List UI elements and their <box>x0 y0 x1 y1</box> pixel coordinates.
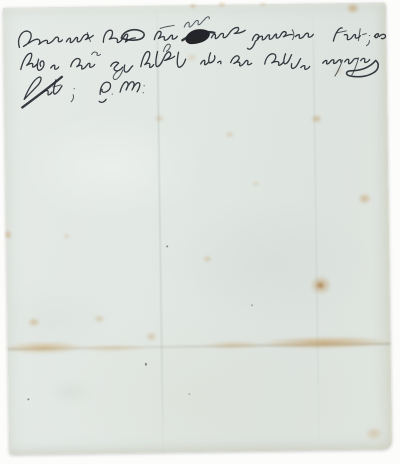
pen-stroke <box>257 31 292 39</box>
foxing-stain <box>27 317 40 327</box>
ink-speck <box>145 363 147 366</box>
foxing-stain <box>145 332 157 342</box>
pen-stroke <box>111 62 133 72</box>
pen-stroke <box>156 51 175 66</box>
pen-stroke <box>345 58 358 63</box>
foxing-stain <box>202 255 212 263</box>
pen-stroke <box>201 53 221 65</box>
scanned-photo <box>0 0 400 464</box>
pen-stroke <box>265 53 310 70</box>
pen-stroke <box>358 29 366 41</box>
foxing-stain <box>251 180 260 187</box>
foxing-stain <box>365 426 383 440</box>
foxing-stain <box>93 314 105 323</box>
pen-stroke <box>120 82 140 92</box>
pen-stroke <box>141 52 154 68</box>
ink-speck <box>251 304 253 306</box>
pen-stroke <box>42 80 62 95</box>
pen-stroke <box>374 34 385 39</box>
pen-stroke <box>344 34 360 39</box>
pen-stroke <box>163 44 170 51</box>
fold-stain <box>78 344 148 353</box>
pen-stroke <box>333 28 342 41</box>
ink-blot-strikethrough <box>182 29 214 43</box>
pen-stroke <box>143 86 144 93</box>
manuscript-paper <box>3 2 392 454</box>
pen-stroke <box>247 34 259 49</box>
pen-stroke <box>184 17 209 27</box>
pen-stroke <box>71 89 75 102</box>
foxing-stain <box>62 233 71 240</box>
pen-stroke <box>231 56 252 66</box>
pen-stroke <box>361 58 370 62</box>
foxing-stain <box>310 275 332 295</box>
pen-stroke <box>177 52 186 67</box>
handwriting-inserted-word <box>184 17 209 27</box>
fold-stain <box>260 335 390 350</box>
handwriting-line-2 <box>20 41 378 81</box>
foxing-stain <box>358 193 372 205</box>
fold-line-horizontal <box>8 342 391 350</box>
pen-stroke <box>71 58 95 69</box>
pen-stroke <box>92 52 101 56</box>
ink-speck <box>27 398 29 400</box>
handwriting <box>3 2 388 137</box>
foxing-stain <box>316 281 325 289</box>
fold-stain <box>4 341 84 355</box>
foxing-stain <box>4 230 12 240</box>
pen-stroke <box>154 31 177 40</box>
fold-stain <box>204 340 264 350</box>
pen-stroke <box>366 36 370 46</box>
pen-stroke <box>21 53 37 69</box>
ink-speck <box>166 245 168 247</box>
ink-speck <box>188 393 190 395</box>
pen-stroke <box>211 27 245 38</box>
pen-stroke <box>37 59 59 70</box>
pen-stroke <box>99 82 111 102</box>
pen-stroke <box>323 60 341 64</box>
paper-mottling <box>48 378 94 405</box>
handwriting-line-3 <box>22 76 145 108</box>
pen-stroke <box>18 31 62 48</box>
pen-stroke <box>160 25 174 28</box>
pen-stroke <box>113 70 123 80</box>
pen-stroke <box>295 33 313 38</box>
